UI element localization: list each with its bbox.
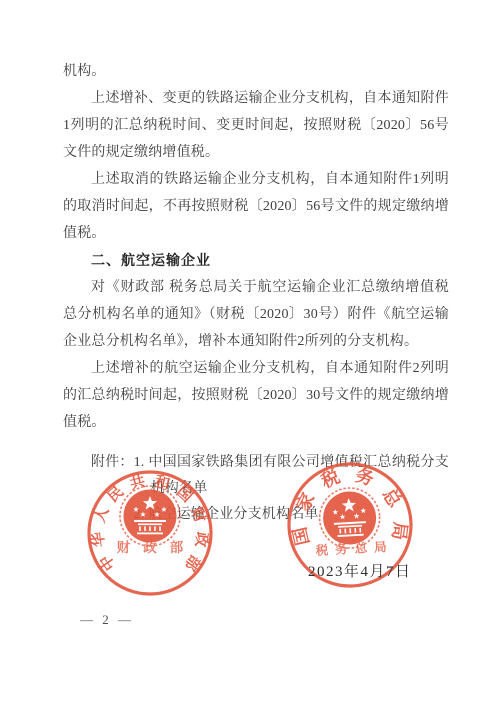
document-page: 机构。 上述增补、变更的铁路运输企业分支机构，自本通知附件1列明的汇总纳税时间、… <box>0 0 500 707</box>
paragraph: 上述增补的航空运输企业分支机构，自本通知附件2列明的汇总纳税时间起，按照财税〔2… <box>63 355 449 436</box>
svg-text:家: 家 <box>292 489 319 515</box>
svg-text:财政部: 财政部 <box>117 539 197 555</box>
svg-text:局: 局 <box>389 521 411 541</box>
ministry-of-finance-seal: 中华人民共和国财政部财政部 <box>85 468 215 598</box>
paragraph: 上述取消的铁路运输企业分支机构，自本通知附件1列明的取消时间起，不再按照财税〔2… <box>63 166 449 247</box>
document-body: 机构。 上述增补、变更的铁路运输企业分支机构，自本通知附件1列明的汇总纳税时间、… <box>63 58 449 528</box>
svg-text:民: 民 <box>105 483 128 506</box>
section-heading: 二、航空运输企业 <box>63 247 449 274</box>
paragraph-continuation: 机构。 <box>63 58 449 85</box>
document-date: 2023年4月7日 <box>308 560 412 581</box>
paragraph: 对《财政部 税务总局关于航空运输企业汇总缴纳增值税总分机构名单的通知》（财税〔2… <box>63 274 449 355</box>
svg-text:税: 税 <box>317 465 343 492</box>
svg-text:税务总局: 税务总局 <box>314 539 394 558</box>
page-number: — 2 — <box>80 612 134 628</box>
paragraph: 上述增补、变更的铁路运输企业分支机构，自本通知附件1列明的汇总纳税时间、变更时间… <box>63 85 449 166</box>
svg-text:华: 华 <box>89 531 109 548</box>
svg-text:总: 总 <box>379 484 407 511</box>
svg-text:共: 共 <box>128 473 147 493</box>
svg-text:国: 国 <box>290 525 314 547</box>
